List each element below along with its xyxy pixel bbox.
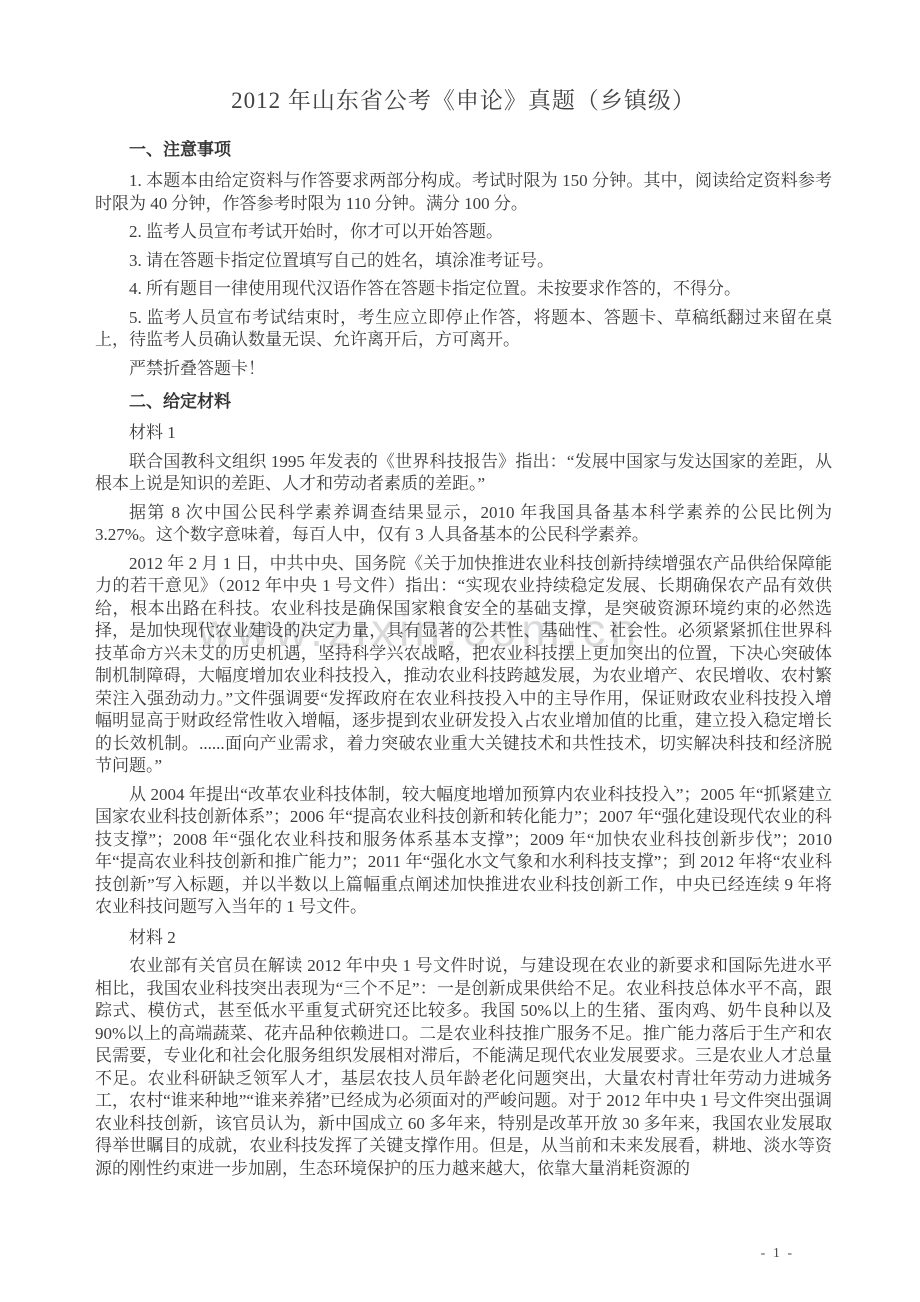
document-page: www.zixin.com.cn 2012 年山东省公考《申论》真题（乡镇级） …	[0, 0, 920, 1302]
material-2-paragraph-1: 农业部有关官员在解读 2012 年中央 1 号文件时说，与建设现在农业的新要求和…	[95, 955, 832, 1180]
section-heading-notice: 一、注意事项	[95, 138, 832, 162]
notice-item-3: 3. 请在答题卡指定位置填写自己的姓名，填涂准考证号。	[95, 250, 832, 273]
notice-item-2: 2. 监考人员宣布考试开始时，你才可以开始答题。	[95, 221, 832, 244]
material-1-paragraph-4: 从 2004 年提出“改革农业科技体制，较大幅度地增加预算内农业科技投入”；20…	[95, 784, 832, 919]
document-content: 2012 年山东省公考《申论》真题（乡镇级） 一、注意事项 1. 本题本由给定资…	[0, 0, 920, 1180]
material-1-label: 材料 1	[95, 422, 832, 445]
material-1-paragraph-1: 联合国教科文组织 1995 年发表的《世界科技报告》指出：“发展中国家与发达国家…	[95, 451, 832, 496]
notice-item-5: 5. 监考人员宣布考试结束时，考生应立即停止作答，将题本、答题卡、草稿纸翻过来留…	[95, 307, 832, 352]
notice-item-1: 1. 本题本由给定资料与作答要求两部分构成。考试时限为 150 分钟。其中，阅读…	[95, 170, 832, 215]
page-number: - 1 -	[761, 1246, 794, 1262]
material-1-paragraph-3: 2012 年 2 月 1 日，中共中央、国务院《关于加快推进农业科技创新持续增强…	[95, 553, 832, 778]
notice-item-4: 4. 所有题目一律使用现代汉语作答在答题卡指定位置。未按要求作答的，不得分。	[95, 278, 832, 301]
section-heading-materials: 二、给定材料	[95, 390, 832, 414]
document-title: 2012 年山东省公考《申论》真题（乡镇级）	[95, 86, 832, 116]
material-2-label: 材料 2	[95, 927, 832, 950]
notice-warning: 严禁折叠答题卡！	[95, 358, 832, 381]
material-1-paragraph-2: 据第 8 次中国公民科学素养调查结果显示，2010 年我国具备基本科学素养的公民…	[95, 502, 832, 547]
